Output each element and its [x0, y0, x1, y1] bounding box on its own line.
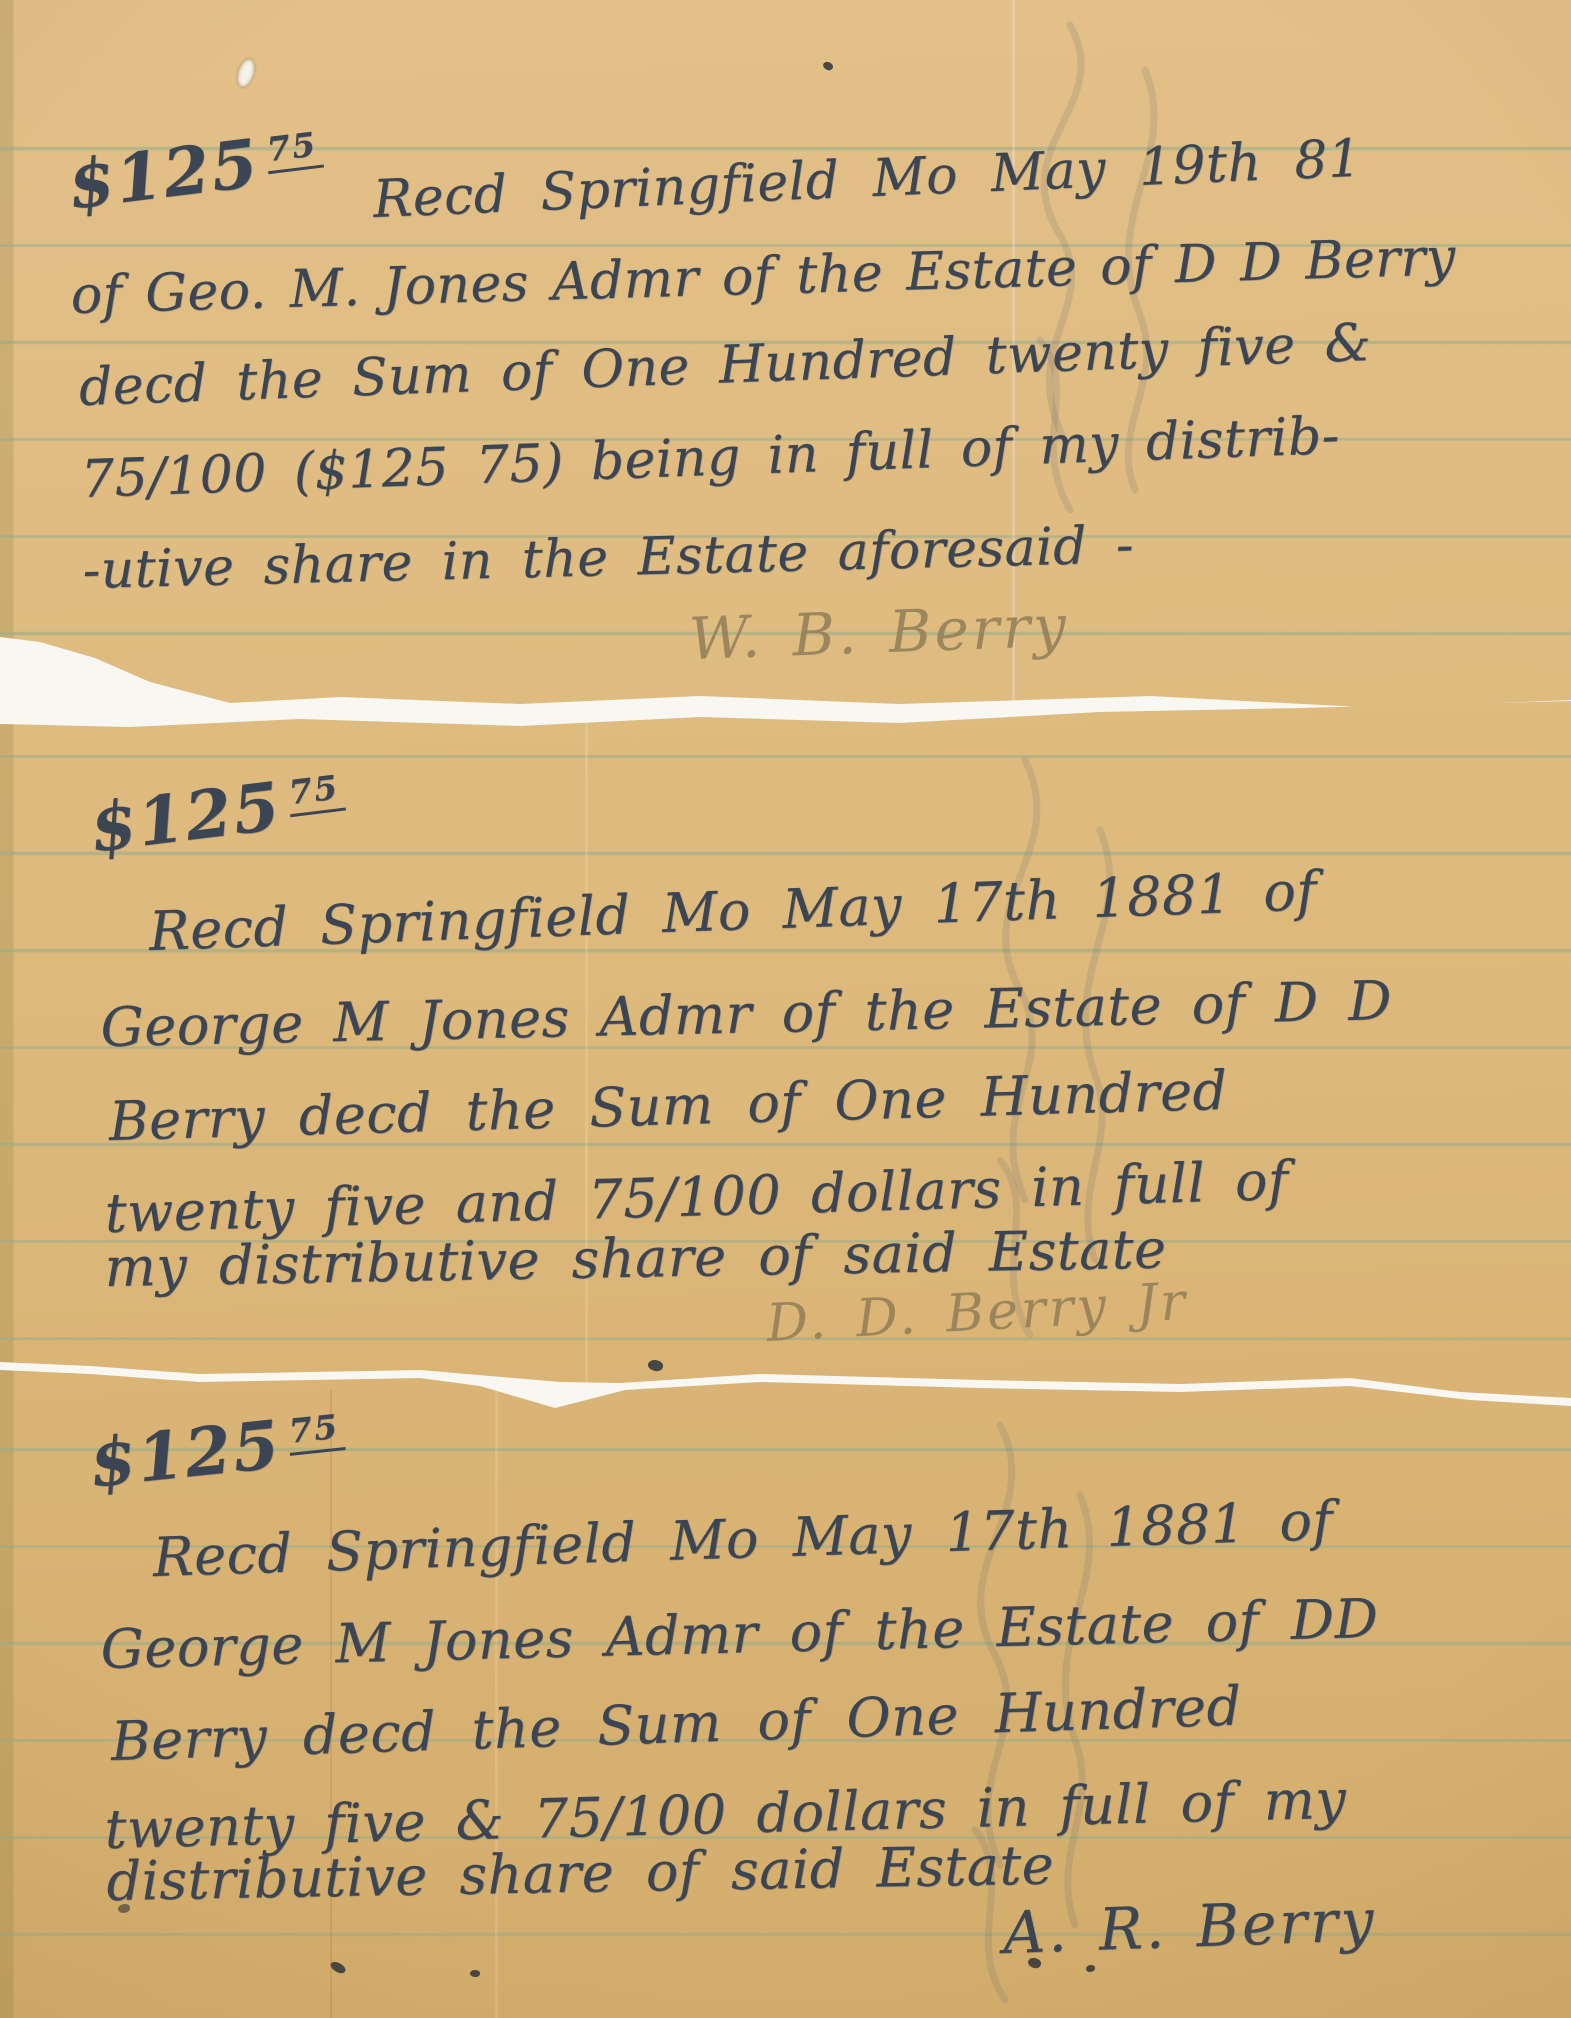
- handwritten-line: George M Jones Admr of the Estate of D D: [100, 971, 1393, 1057]
- signature: W. B. Berry: [688, 595, 1070, 672]
- ink-speck: [469, 1969, 480, 1978]
- handwritten-line: Recd Springfield Mo May 17th 1881 of: [152, 1491, 1334, 1587]
- amount-figure: $12575: [64, 119, 327, 222]
- document-scan: $12575 Recd Springfield Mo May 19th 81 o…: [0, 0, 1571, 2018]
- signature: A. R. Berry: [1002, 1889, 1377, 1966]
- handwritten-line: decd the Sum of One Hundred twenty five …: [78, 315, 1372, 417]
- handwritten-line: Berry decd the Sum of One Hundred: [108, 1061, 1228, 1152]
- amount-dollars: $125: [64, 124, 264, 225]
- handwritten-line: of Geo. M. Jones Admr of the Estate of D…: [70, 229, 1456, 325]
- amount-figure: $12575: [86, 1401, 348, 1500]
- ink-speck: [329, 1959, 347, 1976]
- ink-speck: [647, 1358, 665, 1373]
- amount-cents: 75: [285, 767, 346, 817]
- handwritten-line: George M Jones Admr of the Estate of DD: [100, 1589, 1379, 1680]
- amount-dollars: $125: [86, 767, 286, 868]
- handwritten-line: Berry decd the Sum of One Hundred: [110, 1676, 1242, 1771]
- handwritten-line: distributive share of said Estate: [106, 1835, 1055, 1911]
- amount-dollars: $125: [86, 1405, 285, 1503]
- amount-figure: $12575: [86, 762, 349, 865]
- amount-cents: 75: [263, 124, 324, 174]
- handwritten-line: Recd Springfield Mo May 17th 1881 of: [148, 861, 1318, 961]
- handwritten-line: -utive share in the Estate aforesaid -: [82, 517, 1135, 600]
- handwritten-line: 75/100 ($125 75) being in full of my dis…: [80, 408, 1341, 509]
- ink-speck: [1086, 1965, 1095, 1972]
- handwritten-line: Recd Springfield Mo May 19th 81: [372, 131, 1363, 230]
- amount-cents: 75: [285, 1406, 345, 1456]
- ink-speck: [822, 60, 835, 73]
- paper-hole: [234, 56, 258, 89]
